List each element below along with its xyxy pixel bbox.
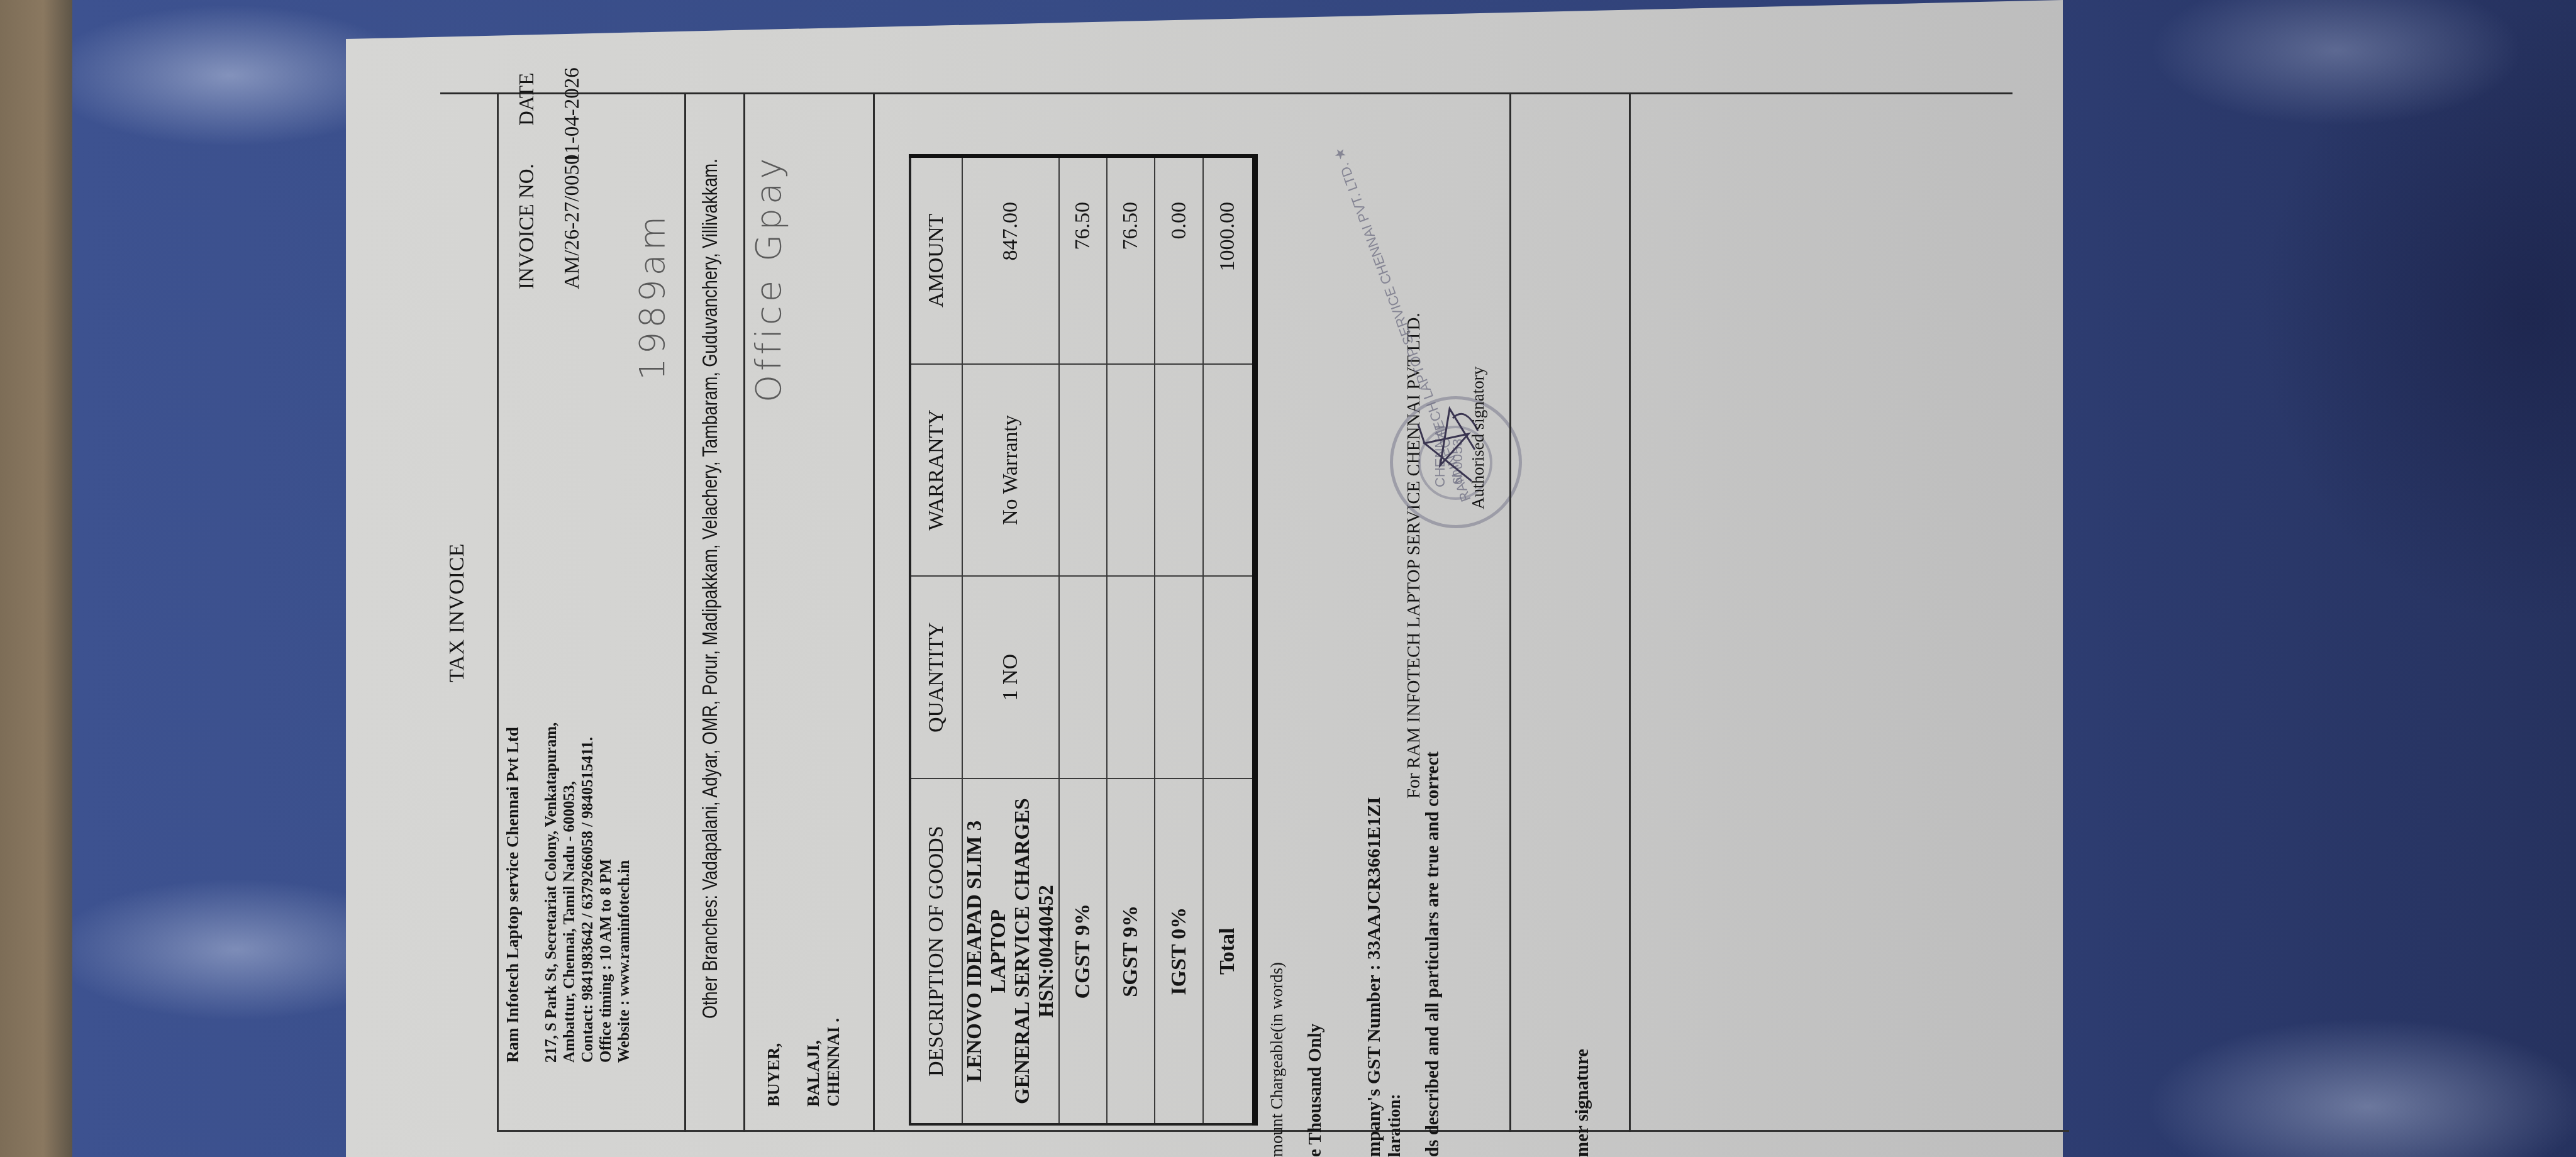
company-address-line: 217, S Park St, Secretariat Colony, Venk…: [542, 722, 560, 1063]
company-gst-number: mpany's GST Number : 33AAJCR3661E1ZI: [1363, 797, 1385, 1157]
column-header-description: DESCRIPTION OF GOODS: [910, 778, 962, 1124]
empty-cell: [1059, 576, 1107, 778]
item-description: LENOVO IDEAPAD SLIM 3 LAPTOP GENERAL SER…: [962, 778, 1059, 1124]
company-name: Ram Infotech Laptop service Chennai Pvt …: [503, 727, 523, 1063]
border-line: [440, 92, 2012, 94]
table-row: LENOVO IDEAPAD SLIM 3 LAPTOP GENERAL SER…: [962, 156, 1059, 1124]
tax-sgst-label: SGST 9%: [1107, 778, 1155, 1124]
table-row: IGST 0% 0.00: [1155, 156, 1202, 1124]
amount-in-words: e Thousand Only: [1305, 1024, 1326, 1157]
other-branches: Other Branches: Vadapalani, Adyar, OMR, …: [698, 158, 722, 1019]
authorised-signatory-label: Authorised signatory: [1468, 367, 1488, 509]
divider-line: [743, 94, 745, 1132]
invoice-number-label: INVOICE NO.: [516, 163, 539, 289]
item-quantity: 1 NO: [962, 576, 1059, 778]
invoice-number: AM/26-27/0050: [561, 155, 584, 290]
invoice-date-label: DATE: [516, 73, 539, 126]
divider-line: [873, 94, 875, 1132]
empty-cell: [1203, 576, 1255, 778]
handwritten-payment-note: Office Gpay: [748, 154, 789, 402]
company-office-timing: Office timing : 10 AM to 8 PM: [597, 859, 615, 1063]
item-amount: 847.00: [962, 156, 1059, 364]
background-wall: [0, 0, 72, 1157]
company-address-line: Ambattur, Chennai, Tamil Nadu - 600053,: [560, 781, 579, 1063]
table-header-row: DESCRIPTION OF GOODS QUANTITY WARRANTY A…: [910, 156, 962, 1124]
buyer-city: CHENNAI .: [824, 1018, 843, 1107]
tax-igst-amount: 0.00: [1155, 156, 1202, 364]
table-row: CGST 9% 76.50: [1059, 156, 1107, 1124]
column-header-quantity: QUANTITY: [910, 576, 962, 778]
border-line: [497, 92, 499, 1132]
declaration-label: laration:: [1385, 1094, 1404, 1157]
tax-cgst-amount: 76.50: [1059, 156, 1107, 364]
divider-line: [1509, 94, 1511, 1132]
invoice-document: TAX INVOICE Ram Infotech Laptop service …: [346, 0, 2063, 1157]
total-amount: 1000.00: [1203, 156, 1255, 364]
total-label: Total: [1203, 778, 1255, 1124]
tax-sgst-amount: 76.50: [1107, 156, 1155, 364]
buyer-name: BALAJI,: [804, 1040, 823, 1107]
divider-line: [684, 94, 686, 1132]
empty-cell: [1155, 364, 1202, 576]
item-description-line: LENOVO IDEAPAD SLIM 3 LAPTOP: [963, 783, 1011, 1119]
item-description-line: GENERAL SERVICE CHARGES HSN:00440452: [1011, 783, 1058, 1119]
table-row: SGST 9% 76.50: [1107, 156, 1155, 1124]
handwritten-note: 1989am: [632, 213, 673, 380]
document-title: TAX INVOICE: [445, 543, 469, 682]
company-website: Website : www.raminfotech.in: [615, 860, 633, 1063]
divider-line: [1629, 94, 1631, 1132]
item-warranty: No Warranty: [962, 364, 1059, 576]
empty-cell: [1155, 576, 1202, 778]
tax-cgst-label: CGST 9%: [1059, 778, 1107, 1124]
empty-cell: [1059, 364, 1107, 576]
column-header-amount: AMOUNT: [910, 156, 962, 364]
column-header-warranty: WARRANTY: [910, 364, 962, 576]
declaration-text: ds described and all particulars are tru…: [1423, 751, 1443, 1157]
empty-cell: [1107, 364, 1155, 576]
tax-igst-label: IGST 0%: [1155, 778, 1202, 1124]
table-row-total: Total 1000.00: [1203, 156, 1255, 1124]
invoice-items-table: DESCRIPTION OF GOODS QUANTITY WARRANTY A…: [909, 154, 1258, 1126]
company-contact: Contact: 9841983642 / 6379266058 / 98405…: [579, 737, 597, 1063]
amount-in-words-label: mount Chargeable(in words): [1267, 962, 1287, 1157]
invoice-date: 11-04-2026: [561, 67, 584, 163]
empty-cell: [1107, 576, 1155, 778]
buyer-label: BUYER,: [764, 1043, 784, 1107]
empty-cell: [1203, 364, 1255, 576]
customer-signature-label: mer signature: [1572, 1049, 1593, 1157]
